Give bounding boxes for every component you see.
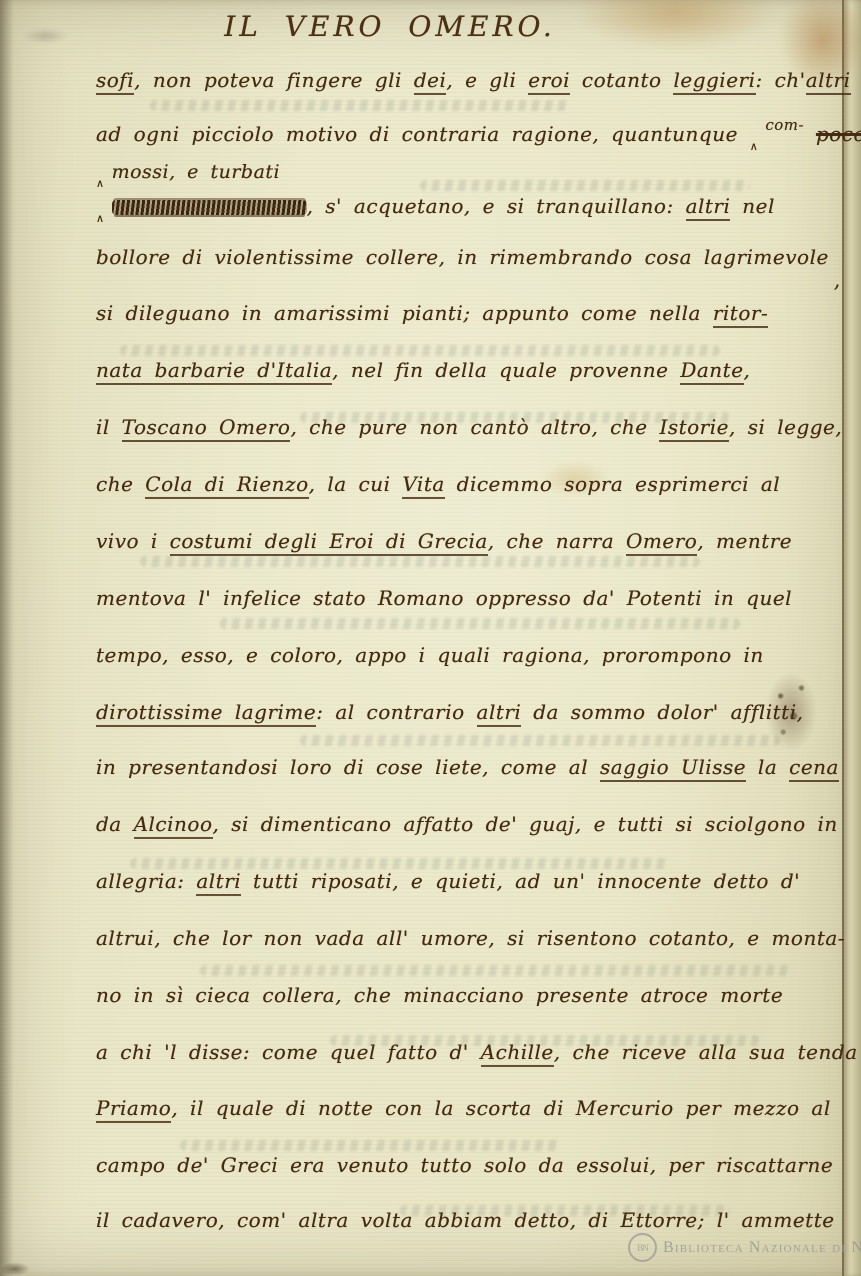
underlined-text: eroi (528, 68, 570, 95)
text-segment: in presentandosi loro di cose liete, com… (96, 755, 600, 779)
text-segment: tempo, esso, e coloro, appo i quali ragi… (96, 643, 764, 667)
library-watermark-label: Biblioteca Nazionale di Napoli (663, 1239, 861, 1257)
text-segment: mentova l' infelice stato Romano oppress… (96, 586, 792, 610)
underlined-text: nata barbarie d'Italia (96, 358, 332, 385)
underlined-text: Dante (680, 358, 743, 385)
text-segment: no in sì cieca collera, che minacciano p… (96, 983, 783, 1007)
underlined-text: Achille (481, 1040, 554, 1067)
text-segment: , la cui (309, 472, 403, 496)
underlined-text: dei (414, 68, 447, 95)
text-segment: che (96, 472, 145, 496)
underlined-text: ritor- (713, 301, 768, 328)
underlined-text: altri (686, 194, 731, 221)
manuscript-line: sofi, non poteva fingere gli dei, e gli … (96, 68, 838, 116)
underlined-text: cena (789, 755, 839, 782)
text-segment: da (96, 812, 134, 836)
manuscript-text-block: sofi, non poteva fingere gli dei, e gli … (96, 68, 838, 1265)
library-watermark: BN Biblioteca Nazionale di Napoli (628, 1233, 861, 1262)
manuscript-line: altrui, che lor non vada all' umore, si … (96, 926, 838, 983)
struck-out-illegible-text (112, 200, 307, 215)
underlined-text: dirottissime lagrime (96, 700, 316, 727)
underlined-text: Vita (402, 472, 444, 499)
text-segment: : ch' (756, 68, 806, 92)
underlined-text: Cola di Rienzo (145, 472, 308, 499)
text-segment: bollore di violentissime collere, in rim… (96, 245, 829, 269)
text-segment: , si dimenticano affatto de' guaj, e tut… (213, 812, 838, 836)
text-segment: campo de' Greci era venuto tutto solo da… (96, 1153, 833, 1177)
text-segment: mossi, e turbati (112, 161, 281, 183)
text-segment: , non poteva fingere gli (134, 68, 414, 92)
text-segment: vivo i (96, 529, 170, 553)
text-segment: , s' acquetano, e si tranquillano: (307, 194, 686, 218)
underlined-text: leggieri (673, 68, 755, 95)
text-segment: la (746, 755, 789, 779)
underlined-text: Priamo (96, 1096, 171, 1123)
caret-insertion-mark: ∧ (750, 140, 759, 153)
text-segment: il cadavero, com' altra volta abbiam det… (96, 1208, 835, 1232)
text-segment: , che riceve alla sua tenda (554, 1040, 858, 1064)
manuscript-line: tempo, esso, e coloro, appo i quali ragi… (96, 643, 838, 700)
text-segment: da sommo dolor' afflitti, (521, 700, 803, 724)
text-segment: , il quale di notte con la scorta di Mer… (171, 1096, 830, 1120)
manuscript-line: campo de' Greci era venuto tutto solo da… (96, 1153, 838, 1208)
text-segment: il (96, 415, 122, 439)
text-segment: , che narra (488, 529, 626, 553)
text-segment: allegria: (96, 869, 196, 893)
manuscript-page: IL VERO OMERO. sofi, non poteva fingere … (0, 0, 861, 1276)
text-segment (804, 122, 816, 146)
underlined-text: Toscano Omero (122, 415, 291, 442)
text-segment: , (744, 358, 751, 382)
manuscript-line: a chi 'l disse: come quel fatto d' Achil… (96, 1040, 838, 1096)
caret-insertion-mark: ∧ (96, 177, 105, 190)
manuscript-line: no in sì cieca collera, che minacciano p… (96, 983, 838, 1040)
text-segment: si dileguano in amarissimi pianti; appun… (96, 301, 713, 325)
underlined-text: Istorie (659, 415, 729, 442)
manuscript-line: vivo i costumi degli Eroi di Grecia, che… (96, 529, 838, 586)
manuscript-line: mentova l' infelice stato Romano oppress… (96, 586, 838, 643)
manuscript-line: allegria: altri tutti riposati, e quieti… (96, 869, 838, 926)
text-segment: , mentre (697, 529, 792, 553)
underlined-text: costumi degli Eroi di Grecia (170, 529, 488, 556)
text-segment: nel (730, 194, 774, 218)
manuscript-line: ∧mossi, e turbati (96, 161, 838, 194)
manuscript-line: Priamo, il quale di notte con la scorta … (96, 1096, 838, 1153)
text-segment: dicemmo sopra esprimerci al (445, 472, 780, 496)
interlinear-insertion: com- (765, 116, 804, 134)
text-segment: , si legge, (729, 415, 842, 439)
text-segment: ad ogni picciolo motivo di contraria rag… (96, 122, 750, 146)
page-right-edge (842, 0, 861, 1276)
underlined-text: saggio Ulisse (600, 755, 746, 782)
page-title: IL VERO OMERO. (0, 10, 780, 43)
caret-insertion-mark: ∧ (96, 212, 105, 225)
manuscript-line: dirottissime lagrime: al contrario altri… (96, 700, 838, 755)
text-segment: , nel fin della quale provenne (332, 358, 680, 382)
text-segment: a chi 'l disse: come quel fatto d' (96, 1040, 481, 1064)
text-segment: , e gli (446, 68, 528, 92)
text-segment: : al contrario (316, 700, 476, 724)
text-segment: tutti riposati, e quieti, ad un' innocen… (241, 869, 800, 893)
library-monogram-icon: BN (628, 1233, 657, 1262)
manuscript-line: ad ogni picciolo motivo di contraria rag… (96, 116, 838, 161)
manuscript-line: ∧, s' acquetano, e si tranquillano: altr… (96, 194, 838, 245)
page-left-edge (0, 0, 14, 1276)
margin-mark: ’ (833, 282, 840, 307)
struck-out-text: poco (816, 122, 861, 146)
manuscript-line: si dileguano in amarissimi pianti; appun… (96, 301, 838, 358)
underlined-text: altri (477, 700, 522, 727)
underlined-text: sofi (96, 68, 134, 95)
underlined-text: altri (196, 869, 241, 896)
manuscript-line: da Alcinoo, si dimenticano affatto de' g… (96, 812, 838, 869)
manuscript-line: nata barbarie d'Italia, nel fin della qu… (96, 358, 838, 415)
underlined-text: Alcinoo (134, 812, 213, 839)
text-segment: , che pure non cantò altro, che (290, 415, 659, 439)
text-segment: cotanto (570, 68, 673, 92)
manuscript-line: il Toscano Omero, che pure non cantò alt… (96, 415, 838, 472)
manuscript-line: in presentandosi loro di cose liete, com… (96, 755, 838, 812)
underlined-text: altri (806, 68, 851, 95)
manuscript-line: bollore di violentissime collere, in rim… (96, 245, 838, 301)
manuscript-line: che Cola di Rienzo, la cui Vita dicemmo … (96, 472, 838, 529)
text-segment: altrui, che lor non vada all' umore, si … (96, 926, 845, 950)
underlined-text: Omero (626, 529, 697, 556)
